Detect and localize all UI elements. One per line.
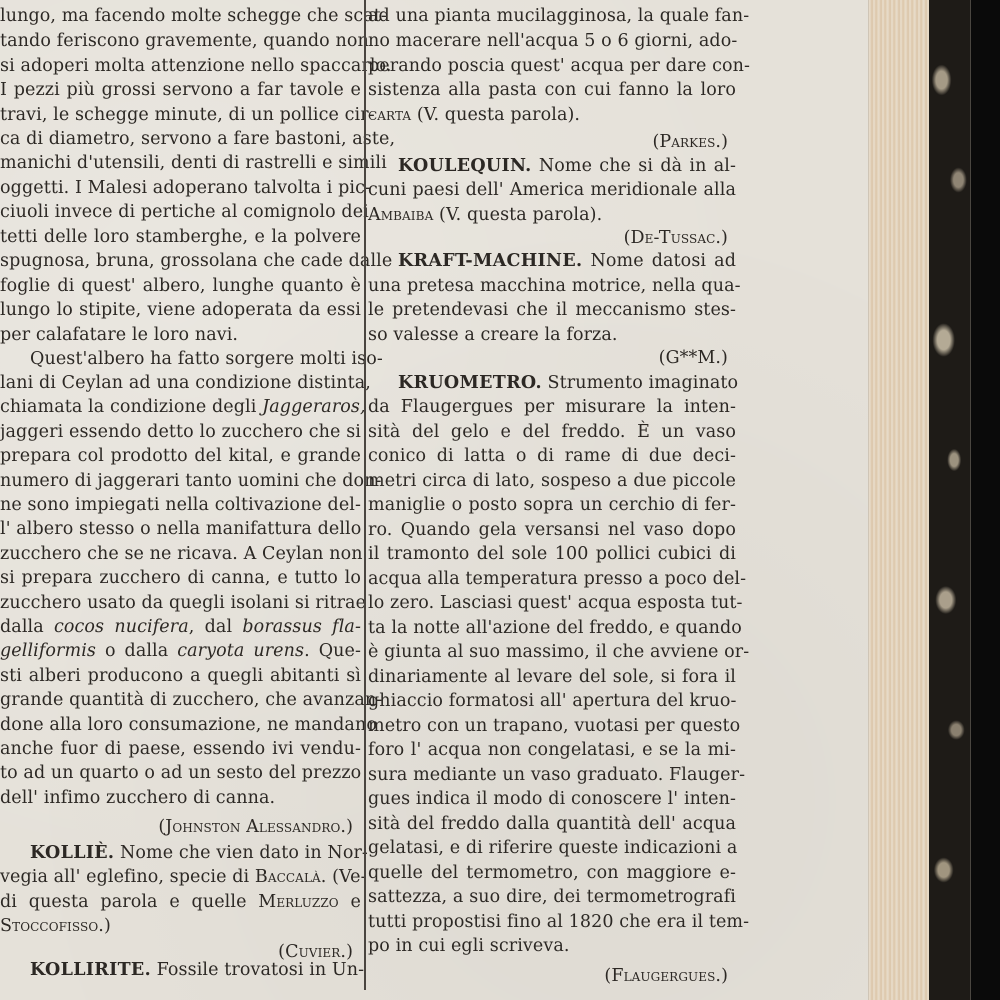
- entry-koulequin: KOULEQUIN. Nome che si dà in al-: [368, 154, 736, 178]
- text-line: dinariamente al levare del sole, si fora…: [368, 665, 736, 689]
- headword: KOULEQUIN.: [398, 156, 532, 176]
- text-line: carta (V. questa parola).: [368, 103, 736, 127]
- italic-term: caryota urens: [177, 641, 304, 661]
- text-line: ghiaccio formatosi all' apertura del kru…: [368, 689, 736, 713]
- text-line: sità del gelo e del freddo. È un vaso: [368, 420, 736, 444]
- text-line: vegia all' eglefino, specie di Baccalà. …: [0, 865, 361, 889]
- text-line: oggetti. I Malesi adoperano talvolta i p…: [0, 176, 361, 200]
- entry-kollie: KOLLIÈ. Nome che vien dato in Nor-: [0, 841, 361, 865]
- text-line: metro con un trapano, vuotasi per questo: [368, 714, 736, 738]
- text-line: per calafatare le loro navi.: [0, 323, 361, 347]
- italic-term: gelliformis: [0, 641, 96, 661]
- text-line: cuni paesi dell' America meridionale all…: [368, 178, 736, 202]
- text-line: anche fuor di paese, essendo ivi vendu-: [0, 737, 361, 761]
- text-line: so valesse a creare la forza.: [368, 323, 736, 347]
- text-line: tutti propostisi fino al 1820 che era il…: [368, 910, 736, 934]
- text-line: una pretesa macchina motrice, nella qua-: [368, 274, 736, 298]
- text-line: no macerare nell'acqua 5 o 6 giorni, ado…: [368, 29, 736, 53]
- text-line: si adoperi molta attenzione nello spacca…: [0, 54, 361, 78]
- text-line: acqua alla temperatura presso a poco del…: [368, 567, 736, 591]
- text-line: è giunta al suo massimo, il che avviene …: [368, 640, 736, 664]
- text-line: sistenza alla pasta con cui fanno la lor…: [368, 78, 736, 102]
- page-edges: [868, 0, 930, 1000]
- cross-reference: Baccalà: [255, 867, 321, 887]
- entry-kruometro: KRUOMETRO. Strumento imaginato: [368, 371, 736, 395]
- text-line: di questa parola e quelle Merluzzo e: [0, 890, 361, 914]
- text-line: chiamata la condizione degli Jaggeraros,: [0, 395, 361, 419]
- marbled-cover-edge: [929, 0, 971, 1000]
- text-line: ad una pianta mucilagginosa, la quale fa…: [368, 4, 736, 28]
- attribution: (Johnston Alessandro.): [0, 815, 361, 839]
- text-line: gelliformis o dalla caryota urens. Que-: [0, 639, 361, 663]
- text-line: gues indica il modo di conoscere l' inte…: [368, 787, 736, 811]
- text-line: po in cui egli scriveva.: [368, 934, 736, 958]
- paragraph-start-line: Quest'albero ha fatto sorgere molti iso-: [0, 347, 361, 371]
- text-line: grande quantità di zucchero, che avanzan…: [0, 688, 361, 712]
- text-line: quelle del termometro, con maggiore e-: [368, 861, 736, 885]
- headword: KRAFT-MACHINE.: [398, 251, 582, 271]
- cross-reference: Merluzzo: [258, 892, 338, 912]
- text-line: sattezza, a suo dire, dei termometrograf…: [368, 885, 736, 909]
- text-line: si prepara zucchero di canna, e tutto lo: [0, 566, 361, 590]
- text-line: ta la notte all'azione del freddo, e qua…: [368, 616, 736, 640]
- text-line: zucchero che se ne ricava. A Ceylan non: [0, 542, 361, 566]
- text-line: Stoccofisso.): [0, 914, 361, 938]
- text-line: tetti delle loro stamberghe, e la polver…: [0, 225, 361, 249]
- cross-reference: Ambaiba: [368, 205, 433, 225]
- text-line: ca di diametro, servono a fare bastoni, …: [0, 127, 361, 151]
- text-line: ne sono impiegati nella coltivazione del…: [0, 493, 361, 517]
- text-line: foro l' acqua non congelatasi, e se la m…: [368, 738, 736, 762]
- text-line: zucchero usato da quegli isolani si ritr…: [0, 591, 361, 615]
- text-line: dalla cocos nucifera, dal borassus fla-: [0, 615, 361, 639]
- text-line: Ambaiba (V. questa parola).: [368, 203, 736, 227]
- text-line: lo zero. Lasciasi quest' acqua esposta t…: [368, 591, 736, 615]
- text-line: tando feriscono gravemente, quando non: [0, 29, 361, 53]
- text-line: numero di jaggerari tanto uomini che don…: [0, 469, 361, 493]
- italic-term: Jaggeraros,: [262, 397, 366, 417]
- text-line: prepara col prodotto del kital, e grande: [0, 444, 361, 468]
- headword: KOLLIRITE.: [30, 960, 151, 980]
- attribution: (De-Tussac.): [368, 226, 736, 250]
- text-line: dell' infimo zucchero di canna.: [0, 786, 361, 810]
- text-line: lungo, ma facendo molte schegge che scat…: [0, 4, 361, 28]
- text-line: to ad un quarto o ad un sesto del prezzo: [0, 761, 361, 785]
- text-line: foglie di quest' albero, lunghe quanto è: [0, 274, 361, 298]
- italic-term: borassus fla-: [242, 617, 361, 637]
- text-line: spugnosa, bruna, grossolana che cade dal…: [0, 249, 361, 273]
- text-line: lani di Ceylan ad una condizione distint…: [0, 371, 361, 395]
- text-line: sti alberi producono a quegli abitanti s…: [0, 664, 361, 688]
- text-line: maniglie o posto sopra un cerchio di fer…: [368, 493, 736, 517]
- text-line: sità del freddo dalla quantità dell' acq…: [368, 812, 736, 836]
- cross-reference: carta: [368, 105, 411, 125]
- text-line: done alla loro consumazione, ne mandano: [0, 713, 361, 737]
- headword: KOLLIÈ.: [30, 843, 114, 863]
- attribution: (G**M.): [368, 346, 736, 370]
- entry-kollirite: KOLLIRITE. Fossile trovatosi in Un-: [0, 958, 361, 982]
- italic-term: cocos nucifera: [54, 617, 189, 637]
- text-line: da Flaugergues per misurare la inten-: [368, 395, 736, 419]
- cross-reference: Stoccofisso: [0, 916, 98, 936]
- text-line: perando poscia quest' acqua per dare con…: [368, 54, 736, 78]
- column-divider: [364, 0, 366, 990]
- text-line: gelatasi, e di riferire queste indicazio…: [368, 836, 736, 860]
- text-line: le pretendevasi che il meccanismo stes-: [368, 298, 736, 322]
- book-scan: lungo, ma facendo molte schegge che scat…: [0, 0, 1000, 1000]
- text-line: conico di latta o di rame di due deci-: [368, 444, 736, 468]
- text-line: manichi d'utensili, denti di rastrelli e…: [0, 151, 361, 175]
- text-line: metri circa di lato, sospeso a due picco…: [368, 469, 736, 493]
- text-line: jaggeri essendo detto lo zucchero che si: [0, 420, 361, 444]
- book-page: lungo, ma facendo molte schegge che scat…: [0, 0, 872, 1000]
- entry-kraft-machine: KRAFT-MACHINE. Nome datosi ad: [368, 249, 736, 273]
- headword: KRUOMETRO.: [398, 373, 542, 393]
- text-line: travi, le schegge minute, di un pollice …: [0, 103, 361, 127]
- book-cover-black: [970, 0, 1000, 1000]
- text-line: lungo lo stipite, viene adoperata da ess…: [0, 298, 361, 322]
- attribution: (Flaugergues.): [368, 964, 736, 988]
- text-span: chiamata la condizione degli: [0, 397, 262, 417]
- attribution: (Parkes.): [368, 130, 736, 154]
- text-line: I pezzi più grossi servono a far tavole …: [0, 78, 361, 102]
- text-line: ro. Quando gela versansi nel vaso dopo: [368, 518, 736, 542]
- text-line: sura mediante un vaso graduato. Flauger-: [368, 763, 736, 787]
- text-line: il tramonto del sole 100 pollici cubici …: [368, 542, 736, 566]
- text-line: l' albero stesso o nella manifattura del…: [0, 517, 361, 541]
- text-line: ciuoli invece di pertiche al comignolo d…: [0, 200, 361, 224]
